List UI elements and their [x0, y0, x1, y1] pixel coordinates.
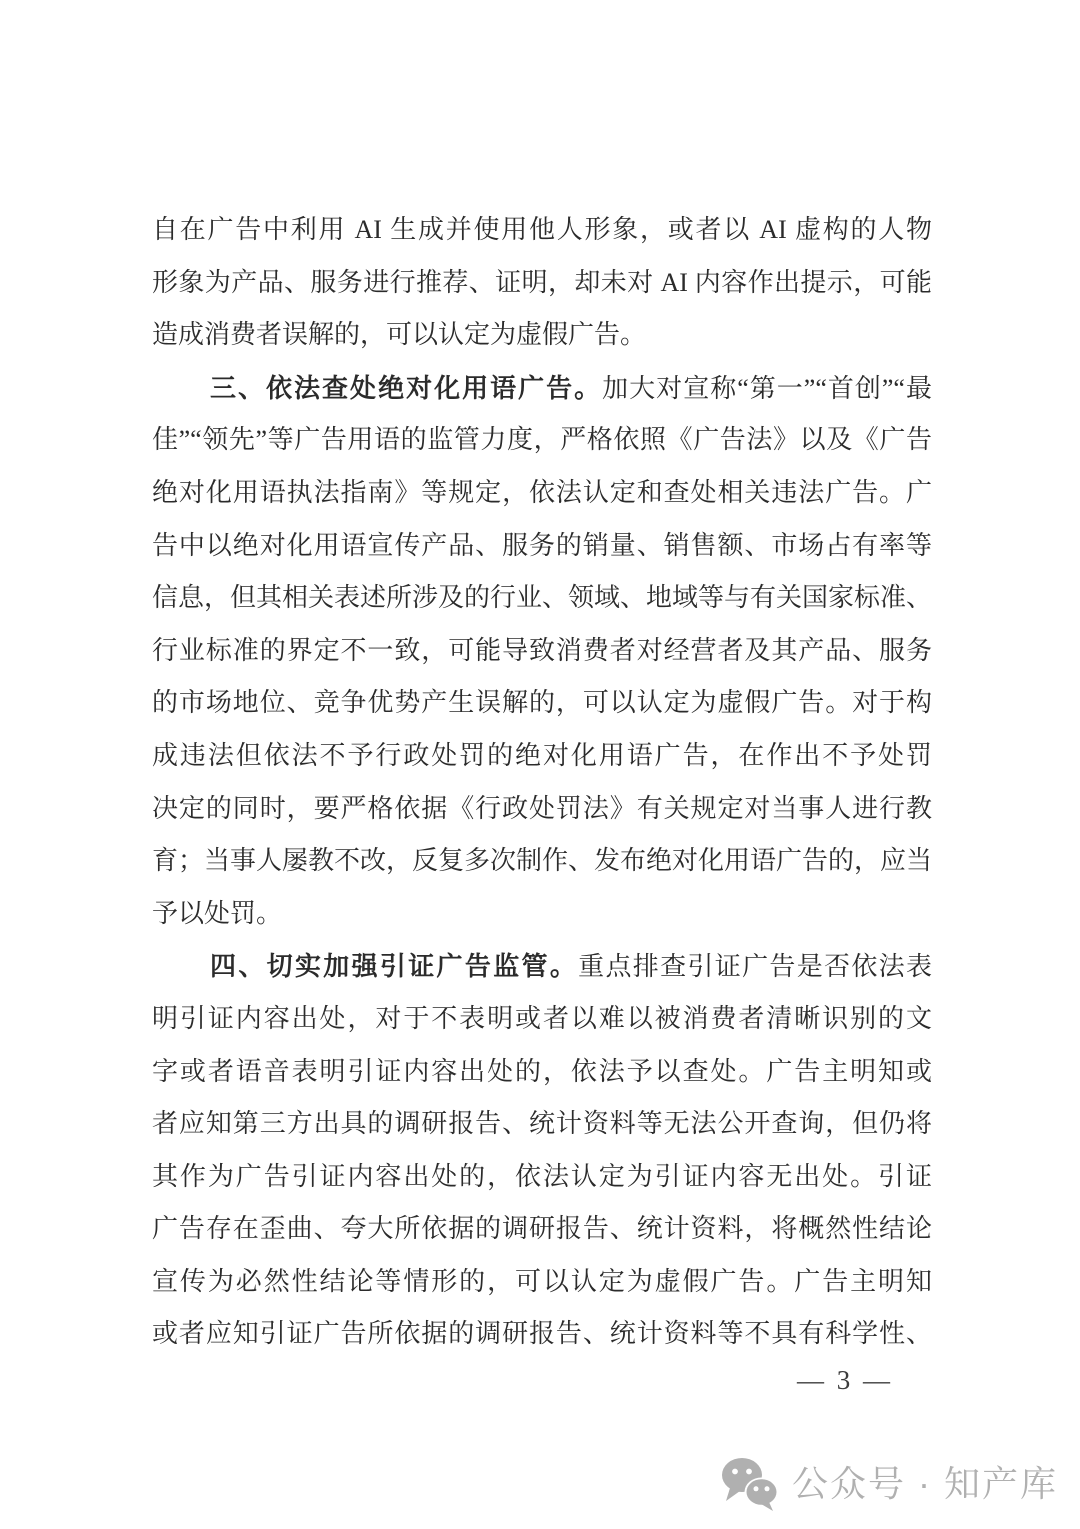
body-line-text: 自在广告中利用 AI 生成并使用他人形象，或者以 AI 虚构的人物	[152, 215, 932, 244]
body-line: 佳”“领先”等广告用语的监管力度，严格依照《广告法》以及《广告	[152, 414, 932, 467]
body-line-text: 明引证内容出处，对于不表明或者以难以被消费者清晰识别的文	[152, 1004, 932, 1033]
body-line-text: 行业标准的界定不一致，可能导致消费者对经营者及其产品、服务	[152, 636, 932, 665]
body-line: 育；当事人屡教不改，反复多次制作、发布绝对化用语广告的，应当	[152, 835, 932, 888]
body-line: 三、依法查处绝对化用语广告。加大对宣称“第一”“首创”“最	[152, 362, 932, 415]
body-line-text: 决定的同时，要严格依据《行政处罚法》有关规定对当事人进行教	[152, 794, 932, 823]
body-line-text: 信息，但其相关表述所涉及的行业、领域、地域等与有关国家标准、	[152, 583, 932, 612]
body-line-text: 字或者语音表明引证内容出处的，依法予以查处。广告主明知或	[152, 1057, 932, 1086]
body-line: 广告存在歪曲、夸大所依据的调研报告、统计资料，将概然性结论	[152, 1203, 932, 1256]
body-line-text: 广告存在歪曲、夸大所依据的调研报告、统计资料，将概然性结论	[152, 1214, 932, 1243]
body-line: 决定的同时，要严格依据《行政处罚法》有关规定对当事人进行教	[152, 783, 932, 836]
wechat-icon	[720, 1456, 780, 1512]
body-line: 其作为广告引证内容出处的，依法认定为引证内容无出处。引证	[152, 1151, 932, 1204]
body-line-text: 造成消费者误解的，可以认定为虚假广告。	[152, 320, 646, 349]
watermark-text: 公众号 · 知产库	[792, 1456, 1058, 1512]
body-line-text: 佳”“领先”等广告用语的监管力度，严格依照《广告法》以及《广告	[152, 425, 932, 454]
body-line: 明引证内容出处，对于不表明或者以难以被消费者清晰识别的文	[152, 993, 932, 1046]
body-line-text: 或者应知引证广告所依据的调研报告、统计资料等不具有科学性、	[152, 1319, 932, 1348]
watermark: 公众号 · 知产库	[720, 1456, 1058, 1512]
body-line-text: 者应知第三方出具的调研报告、统计资料等无法公开查询，但仍将	[152, 1109, 932, 1138]
section-heading: 三、依法查处绝对化用语广告。	[210, 373, 602, 403]
document-body: 自在广告中利用 AI 生成并使用他人形象，或者以 AI 虚构的人物形象为产品、服…	[152, 204, 932, 1361]
document-page: 自在广告中利用 AI 生成并使用他人形象，或者以 AI 虚构的人物形象为产品、服…	[0, 0, 1080, 1529]
body-line-text: 形象为产品、服务进行推荐、证明，却未对 AI 内容作出提示，可能	[152, 268, 932, 297]
body-line-text: 告中以绝对化用语宣传产品、服务的销量、销售额、市场占有率等	[152, 531, 932, 560]
body-line: 宣传为必然性结论等情形的，可以认定为虚假广告。广告主明知	[152, 1256, 932, 1309]
body-line: 形象为产品、服务进行推荐、证明，却未对 AI 内容作出提示，可能	[152, 257, 932, 310]
body-line-text: 其作为广告引证内容出处的，依法认定为引证内容无出处。引证	[152, 1162, 932, 1191]
body-line: 信息，但其相关表述所涉及的行业、领域、地域等与有关国家标准、	[152, 572, 932, 625]
body-line: 绝对化用语执法指南》等规定，依法认定和查处相关违法广告。广	[152, 467, 932, 520]
body-line: 者应知第三方出具的调研报告、统计资料等无法公开查询，但仍将	[152, 1098, 932, 1151]
page-number: — 3 —	[797, 1363, 893, 1397]
body-line: 或者应知引证广告所依据的调研报告、统计资料等不具有科学性、	[152, 1308, 932, 1361]
body-line: 成违法但依法不予行政处罚的绝对化用语广告，在作出不予处罚	[152, 730, 932, 783]
body-line-text: 重点排查引证广告是否依法表	[578, 952, 932, 981]
body-line: 四、切实加强引证广告监管。重点排查引证广告是否依法表	[152, 940, 932, 993]
body-line: 行业标准的界定不一致，可能导致消费者对经营者及其产品、服务	[152, 625, 932, 678]
body-line-text: 加大对宣称“第一”“首创”“最	[602, 374, 932, 403]
body-line: 的市场地位、竞争优势产生误解的，可以认定为虚假广告。对于构	[152, 677, 932, 730]
body-line: 字或者语音表明引证内容出处的，依法予以查处。广告主明知或	[152, 1046, 932, 1099]
body-line-text: 的市场地位、竞争优势产生误解的，可以认定为虚假广告。对于构	[152, 688, 932, 717]
body-line: 予以处罚。	[152, 888, 932, 941]
body-line: 告中以绝对化用语宣传产品、服务的销量、销售额、市场占有率等	[152, 520, 932, 573]
body-line-text: 绝对化用语执法指南》等规定，依法认定和查处相关违法广告。广	[152, 478, 932, 507]
section-heading: 四、切实加强引证广告监管。	[210, 951, 578, 981]
body-line: 自在广告中利用 AI 生成并使用他人形象，或者以 AI 虚构的人物	[152, 204, 932, 257]
body-line-text: 予以处罚。	[152, 899, 282, 928]
body-line: 造成消费者误解的，可以认定为虚假广告。	[152, 309, 932, 362]
body-line-text: 育；当事人屡教不改，反复多次制作、发布绝对化用语广告的，应当	[152, 846, 932, 875]
body-line-text: 成违法但依法不予行政处罚的绝对化用语广告，在作出不予处罚	[152, 741, 932, 770]
body-line-text: 宣传为必然性结论等情形的，可以认定为虚假广告。广告主明知	[152, 1267, 932, 1296]
